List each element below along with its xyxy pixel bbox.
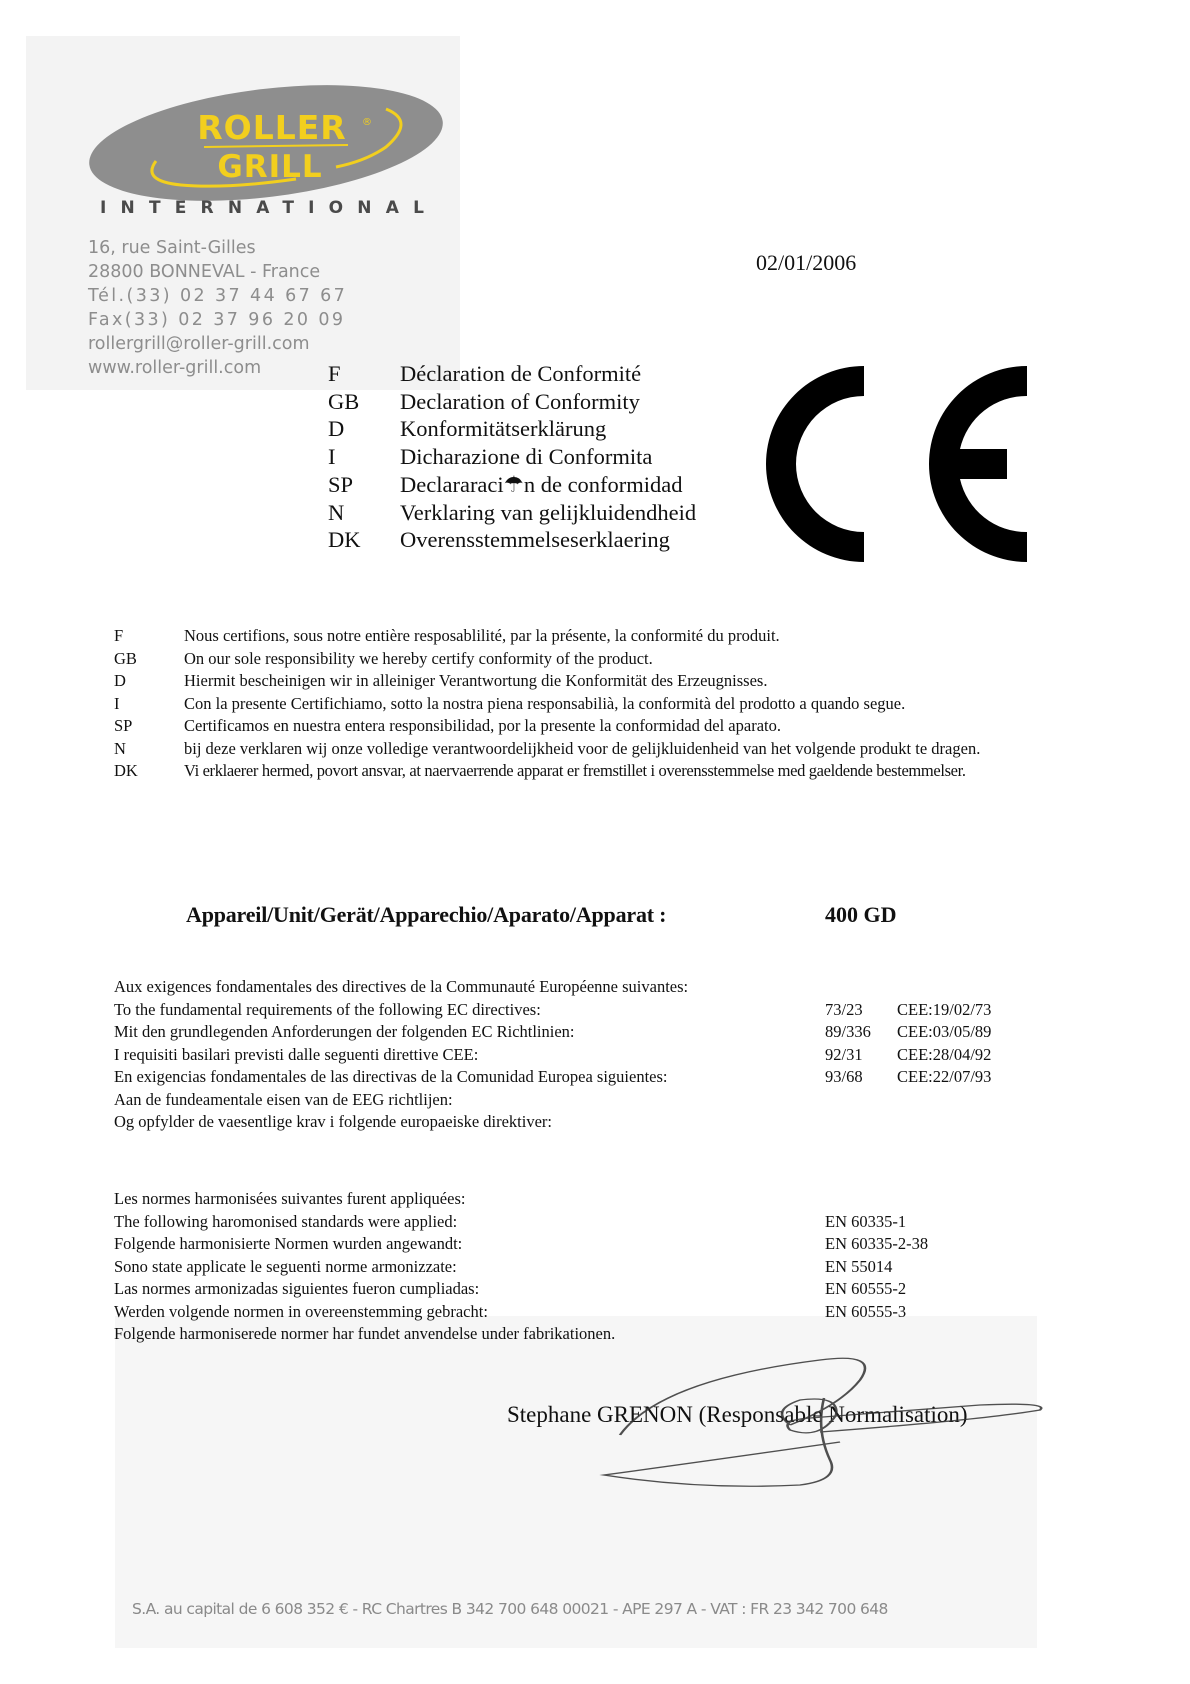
standard-label: Folgende harmoniserede normer har fundet… xyxy=(114,1323,825,1346)
address-street: 16, rue Saint-Gilles xyxy=(88,236,347,260)
directive-number xyxy=(825,1111,897,1134)
logo-subtitle: INTERNATIONAL xyxy=(100,198,460,218)
directive-date: CEE:28/04/92 xyxy=(897,1044,991,1067)
title-row: FDéclaration de Conformité xyxy=(328,360,696,388)
statement-row: ICon la presente Certifichiamo, sotto la… xyxy=(114,693,1084,716)
conformity-statements: FNous certifions, sous notre entière res… xyxy=(114,625,1084,783)
language-code: N xyxy=(114,738,184,761)
standard-label: Les normes harmonisées suivantes furent … xyxy=(114,1188,825,1211)
logo-brand-line2: GRILL xyxy=(217,149,322,185)
language-code: I xyxy=(328,443,400,471)
directive-number xyxy=(825,1089,897,1112)
directive-row: Mit den grundlegenden Anforderungen der … xyxy=(114,1021,1044,1044)
directive-number: 89/336 xyxy=(825,1021,897,1044)
standard-row: The following haromonised standards were… xyxy=(114,1211,1044,1234)
title-row: DKonformitätserklärung xyxy=(328,415,696,443)
address-email: rollergrill@roller-grill.com xyxy=(88,332,347,356)
language-code: F xyxy=(328,360,400,388)
language-code: SP xyxy=(328,471,400,499)
title-row: DKOverensstemmelseserklaering xyxy=(328,526,696,554)
title-text: Verklaring van gelijkluidendheid xyxy=(400,499,696,527)
logo-brand-line1: ROLLER xyxy=(197,108,346,147)
letterhead: ROLLER GRILL ® INTERNATIONAL 16, rue Sai… xyxy=(26,36,460,390)
address-phone: Tél.(33) 02 37 44 67 67 xyxy=(88,284,347,308)
directive-number: 73/23 xyxy=(825,999,897,1022)
roller-grill-logo: ROLLER GRILL ® xyxy=(86,81,446,201)
directive-number: 92/31 xyxy=(825,1044,897,1067)
language-code: D xyxy=(114,670,184,693)
title-row: SPDeclararaci☂n de conformidad xyxy=(328,471,696,499)
language-code: GB xyxy=(328,388,400,416)
directive-label: Aux exigences fondamentales des directiv… xyxy=(114,976,825,999)
directive-label: Mit den grundlegenden Anforderungen der … xyxy=(114,1021,825,1044)
standard-label: Werden volgende normen in overeenstemmin… xyxy=(114,1301,825,1324)
directive-label: Og opfylder de vaesentlige krav i folgen… xyxy=(114,1111,825,1134)
standard-code: EN 60335-1 xyxy=(825,1211,906,1234)
title-text: Overensstemmelseserklaering xyxy=(400,526,670,554)
ec-directives: Aux exigences fondamentales des directiv… xyxy=(114,976,1044,1134)
statement-row: SPCertificamos en nuestra entera respons… xyxy=(114,715,1084,738)
declaration-titles: FDéclaration de Conformité GBDeclaration… xyxy=(328,360,696,554)
directive-row: To the fundamental requirements of the f… xyxy=(114,999,1044,1022)
language-code: I xyxy=(114,693,184,716)
standard-label: Folgende harmonisierte Normen wurden ang… xyxy=(114,1233,825,1256)
title-row: IDicharazione di Conformita xyxy=(328,443,696,471)
statement-row: Nbij deze verklaren wij onze volledige v… xyxy=(114,738,1084,761)
standard-row: Werden volgende normen in overeenstemmin… xyxy=(114,1301,1044,1324)
document-date: 02/01/2006 xyxy=(756,250,856,276)
directive-label: En exigencias fondamentales de las direc… xyxy=(114,1066,825,1089)
standard-code: EN 60555-3 xyxy=(825,1301,906,1324)
directive-date: CEE:03/05/89 xyxy=(897,1021,991,1044)
standard-label: Sono state applicate le seguenti norme a… xyxy=(114,1256,825,1279)
statement-text: Hiermit bescheinigen wir in alleiniger V… xyxy=(184,670,1084,693)
language-code: D xyxy=(328,415,400,443)
title-text: Déclaration de Conformité xyxy=(400,360,641,388)
statement-text: Con la presente Certifichiamo, sotto la … xyxy=(184,693,1084,716)
apparatus-model: 400 GD xyxy=(825,902,897,928)
language-code: SP xyxy=(114,715,184,738)
directive-date: CEE:22/07/93 xyxy=(897,1066,991,1089)
directive-number: 93/68 xyxy=(825,1066,897,1089)
language-code: GB xyxy=(114,648,184,671)
title-row: NVerklaring van gelijkluidendheid xyxy=(328,499,696,527)
directive-label: Aan de fundeamentale eisen van de EEG ri… xyxy=(114,1089,825,1112)
language-code: DK xyxy=(114,760,184,783)
harmonised-standards: Les normes harmonisées suivantes furent … xyxy=(114,1188,1044,1346)
directive-row: Aux exigences fondamentales des directiv… xyxy=(114,976,1044,999)
statement-text: On our sole responsibility we hereby cer… xyxy=(184,648,1084,671)
address-website: www.roller-grill.com xyxy=(88,356,347,380)
standard-row: Les normes harmonisées suivantes furent … xyxy=(114,1188,1044,1211)
directive-number xyxy=(825,976,897,999)
standard-code: EN 60335-2-38 xyxy=(825,1233,928,1256)
ce-mark-icon xyxy=(762,366,1040,562)
title-row: GBDeclaration of Conformity xyxy=(328,388,696,416)
title-text: Declararaci☂n de conformidad xyxy=(400,471,683,499)
standard-row: Las normes armonizadas siguientes fueron… xyxy=(114,1278,1044,1301)
directive-date: CEE:19/02/73 xyxy=(897,999,991,1022)
standard-row: Folgende harmoniserede normer har fundet… xyxy=(114,1323,1044,1346)
address-fax: Fax(33) 02 37 96 20 09 xyxy=(88,308,347,332)
title-text: Konformitätserklärung xyxy=(400,415,606,443)
standard-code: EN 60555-2 xyxy=(825,1278,906,1301)
directive-label: I requisiti basilari previsti dalle segu… xyxy=(114,1044,825,1067)
title-text: Declaration of Conformity xyxy=(400,388,640,416)
statement-text: Certificamos en nuestra entera responsib… xyxy=(184,715,1084,738)
statement-row: FNous certifions, sous notre entière res… xyxy=(114,625,1084,648)
directive-row: En exigencias fondamentales de las direc… xyxy=(114,1066,1044,1089)
registered-mark: ® xyxy=(362,117,372,128)
statement-text: Nous certifions, sous notre entière resp… xyxy=(184,625,1084,648)
title-text: Dicharazione di Conformita xyxy=(400,443,652,471)
language-code: F xyxy=(114,625,184,648)
standard-row: Folgende harmonisierte Normen wurden ang… xyxy=(114,1233,1044,1256)
standard-label: Las normes armonizadas siguientes fueron… xyxy=(114,1278,825,1301)
standard-row: Sono state applicate le seguenti norme a… xyxy=(114,1256,1044,1279)
directive-label: To the fundamental requirements of the f… xyxy=(114,999,825,1022)
statement-row: DKVi erklaerer hermed, povort ansvar, at… xyxy=(114,760,1084,783)
statement-row: GBOn our sole responsibility we hereby c… xyxy=(114,648,1084,671)
language-code: DK xyxy=(328,526,400,554)
directive-row: Aan de fundeamentale eisen van de EEG ri… xyxy=(114,1089,1044,1112)
apparatus-label: Appareil/Unit/Gerät/Apparechio/Aparato/A… xyxy=(186,902,666,928)
address-city: 28800 BONNEVAL - France xyxy=(88,260,347,284)
statement-row: DHiermit bescheinigen wir in alleiniger … xyxy=(114,670,1084,693)
directive-row: Og opfylder de vaesentlige krav i folgen… xyxy=(114,1111,1044,1134)
handwritten-signature xyxy=(580,1350,1060,1510)
standard-code: EN 55014 xyxy=(825,1256,892,1279)
statement-text: Vi erklaerer hermed, povort ansvar, at n… xyxy=(184,760,1084,783)
language-code: N xyxy=(328,499,400,527)
company-address: 16, rue Saint-Gilles 28800 BONNEVAL - Fr… xyxy=(88,236,347,380)
directive-row: I requisiti basilari previsti dalle segu… xyxy=(114,1044,1044,1067)
company-legal-info: S.A. au capital de 6 608 352 € - RC Char… xyxy=(132,1600,888,1618)
standard-label: The following haromonised standards were… xyxy=(114,1211,825,1234)
statement-text: bij deze verklaren wij onze volledige ve… xyxy=(184,738,1084,761)
